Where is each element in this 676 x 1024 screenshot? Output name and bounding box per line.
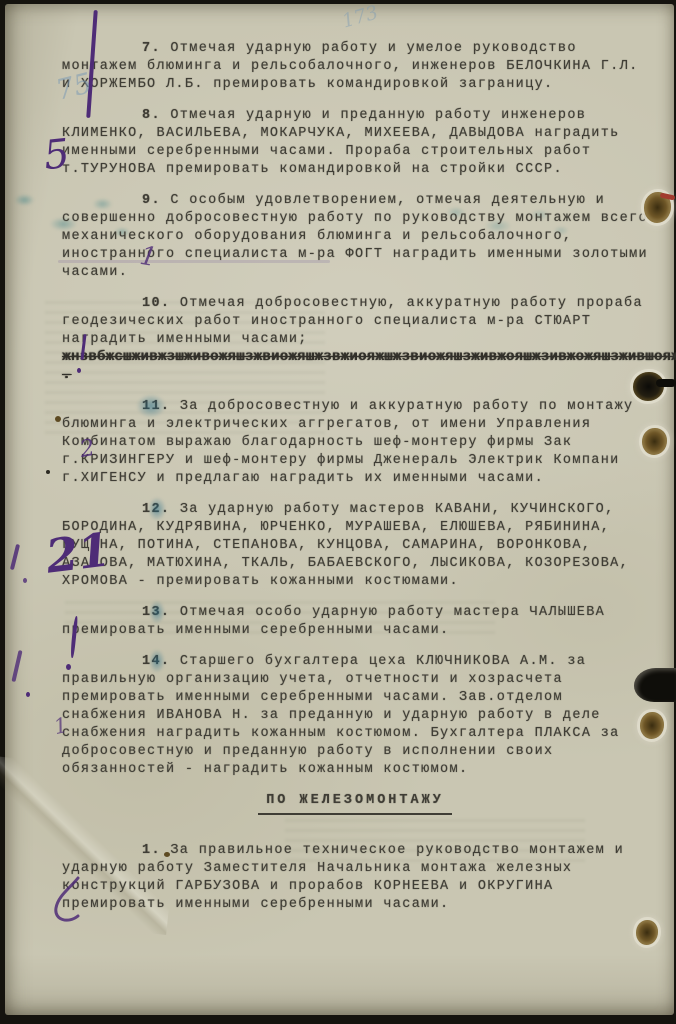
paragraph-number: 11. xyxy=(142,399,170,414)
paragraph-number: 1. xyxy=(142,843,161,858)
paragraph-number: 10. xyxy=(142,296,170,311)
paragraph-11: 11. За добросовестную и аккуратную работ… xyxy=(62,398,648,488)
document-text: 7. Отмечая ударную работу и умелое руков… xyxy=(62,40,648,927)
paragraph-9: 9. С особым удовлетворением, отмечая дея… xyxy=(62,192,648,282)
paragraph-10: 10. Отмечая добросовестную, аккуратную р… xyxy=(62,295,648,385)
paragraph-13: 13. Отмечая особо ударную работу мастера… xyxy=(62,604,648,640)
paragraph-number: 13. xyxy=(142,605,170,620)
paragraph-number: 7. xyxy=(142,41,161,56)
paragraph-text: Старшего бухгалтера цеха КЛЮЧНИКОВА А.М.… xyxy=(62,654,620,777)
paragraph-7: 7. Отмечая ударную работу и умелое руков… xyxy=(62,40,648,94)
paragraph-14: 14. Старшего бухгалтера цеха КЛЮЧНИКОВА … xyxy=(62,653,648,779)
paragraph-8: 8. Отмечая ударную и преданную работу ин… xyxy=(62,107,648,179)
paragraph-number: 8. xyxy=(142,108,161,123)
paragraph-12: 12. За ударную работу мастеров КАВАНИ, К… xyxy=(62,501,648,591)
struck-out-text: жнзвбжсшживжзшживожяшзжвиожяшжзвжиояжшжз… xyxy=(62,350,676,383)
section-heading: ПО ЖЕЛЕЗОМОНТАЖУ xyxy=(258,792,452,815)
paragraph-number: 12. xyxy=(142,502,170,517)
paragraph-number: 9. xyxy=(142,193,161,208)
paragraph-number: 14. xyxy=(142,654,170,669)
paragraph-zh-1: 1. За правильное техническое руководство… xyxy=(62,842,648,914)
